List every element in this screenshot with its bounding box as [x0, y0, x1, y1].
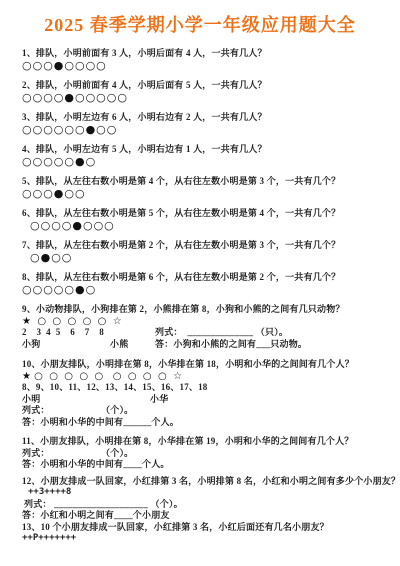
label-bear: 小熊 — [110, 339, 128, 351]
numbers-row: 2 3 4 5 6 7 8 列式： ______________ （只）。 — [22, 327, 386, 339]
question-10: 10、小朋友排队，小明排在第 8，小华排在第 18，小明和小华的之间间有几个人？… — [22, 359, 386, 428]
question-12: 12、小朋友排成一队回家，小红排第 3 名，小明排第 8 名，小红和小明之间有多… — [22, 476, 386, 522]
circle-diagram: ○○○○○○●○○ — [22, 124, 386, 136]
question-text: 9、小动物排队，小狗排在第 2，小熊排在第 8，小狗和小熊的之间有几只动物？ — [22, 304, 386, 316]
circle-diagram: ○●○○ — [30, 252, 386, 264]
star-circle-diagram: ★ ○ ○ ○ ○ ○ ☆ — [22, 316, 386, 328]
question-text: 1、排队，小明前面有 3 人，小明后面有 4 人，一共有几人？ — [22, 48, 386, 60]
question-text: 12、小朋友排成一队回家，小红排第 3 名，小明排第 8 名，小红和小明之间有多… — [22, 476, 386, 488]
question-2: 2、排队，小明前面有 4 人，小明后面有 5 人，一共有几人？ ○○○○●○○○… — [22, 80, 386, 103]
question-8: 8、排队，从左往右数小明是第 6 个，从右往左数小明是第 2 个，一共有几个？ … — [22, 272, 386, 295]
answer-blank: 答：小狗和小熊的之间有___只动物。 — [155, 339, 307, 351]
answer-blank: 答：小明和小华的中间有______个人。 — [22, 417, 386, 429]
circle-diagram: ○○○●○○ — [22, 188, 386, 200]
plus-diagram: ++3++++8 — [28, 487, 386, 499]
question-text: 3、排队，小明左边有 6 人，小明右边有 2 人，一共有几人？ — [22, 112, 386, 124]
labels-row: 小狗 小熊 答：小狗和小熊的之间有___只动物。 — [22, 339, 386, 351]
circle-diagram: ○○○○●○○○ — [30, 220, 386, 232]
question-text: 13、10 个小朋友排成一队回家，小红排第 3 名，小红后面还有几名小朋友？ — [22, 522, 386, 534]
label-xiaoming: 小明 — [22, 394, 40, 406]
circle-diagram: ○○○○○●○ — [22, 284, 386, 296]
circle-diagram: ○○○●○○○○ — [22, 60, 386, 72]
labels-row: 小明 小华 — [22, 394, 386, 406]
question-9: 9、小动物排队，小狗排在第 2，小熊排在第 8，小狗和小熊的之间有几只动物？ ★… — [22, 304, 386, 350]
label-xiaohua: 小华 — [150, 394, 168, 406]
question-6: 6、排队，从左往右数小明是第 5 个，从右往左数小明是第 4 个，一共有几个？ … — [22, 208, 386, 231]
question-text: 8、排队，从左往右数小明是第 6 个，从右往左数小明是第 2 个，一共有几个？ — [22, 272, 386, 284]
question-7: 7、排队，从左往右数小明是第 2 个，从右往左数小明是第 3 个，一共有几个？ … — [22, 240, 386, 263]
star-circle-diagram: ★ ○ ○ ○ ○ ○ ○ ○ ○ ○ ☆ — [22, 371, 386, 383]
plus-diagram: ++P+++++++ — [22, 533, 386, 545]
equation-blank: 列式： （个）。 — [22, 405, 386, 417]
answer-blank: 答：小明和小华的中间有____个人。 — [22, 459, 386, 471]
question-text: 6、排队，从左往右数小明是第 5 个，从右往左数小明是第 4 个，一共有几个？ — [22, 208, 386, 220]
question-text: 10、小朋友排队，小明排在第 8，小华排在第 18，小明和小华的之间间有几个人？ — [22, 359, 386, 371]
page-title: 2025 春季学期小学一年级应用题大全 — [0, 14, 400, 36]
question-11: 11、小朋友排队，小明排在第 8，小华排在第 19，小明和小华的之间间有几个人？… — [22, 436, 386, 471]
question-text: 4、排队，小明左边有 5 人，小明右边有 1 人，一共有几人？ — [22, 144, 386, 156]
question-4: 4、排队，小明左边有 5 人，小明右边有 1 人，一共有几人？ ○○○○○●○ — [22, 144, 386, 167]
question-text: 5、排队，从左往右数小明是第 4 个，从右往左数小明是第 3 个，一共有几个？ — [22, 176, 386, 188]
question-5: 5、排队，从左往右数小明是第 4 个，从右往左数小明是第 3 个，一共有几个？ … — [22, 176, 386, 199]
question-text: 2、排队，小明前面有 4 人，小明后面有 5 人，一共有几人？ — [22, 80, 386, 92]
equation-blank: 列式： ____________________ （个）。 — [24, 499, 386, 511]
answer-blank: 答：小红和小明之间有____个小朋友 — [22, 510, 386, 522]
position-numbers: 8、9、10、11、12、13、14、15、16、17、18 — [22, 382, 386, 394]
position-numbers: 2 3 4 5 6 7 8 — [22, 327, 104, 339]
question-1: 1、排队，小明前面有 3 人，小明后面有 4 人，一共有几人？ ○○○●○○○○ — [22, 48, 386, 71]
question-text: 7、排队，从左往右数小明是第 2 个，从右往左数小明是第 3 个，一共有几个？ — [22, 240, 386, 252]
equation-blank: 列式： ______________ （只）。 — [155, 327, 288, 339]
worksheet-page: 2025 春季学期小学一年级应用题大全 1、排队，小明前面有 3 人，小明后面有… — [0, 0, 400, 566]
circle-diagram: ○○○○○●○ — [22, 156, 386, 168]
question-13: 13、10 个小朋友排成一队回家，小红排第 3 名，小红后面还有几名小朋友？ +… — [22, 522, 386, 545]
label-dog: 小狗 — [22, 339, 40, 351]
equation-blank: 列式： （个）。 — [22, 448, 386, 460]
worksheet-content: 1、排队，小明前面有 3 人，小明后面有 4 人，一共有几人？ ○○○●○○○○… — [0, 48, 400, 545]
question-3: 3、排队，小明左边有 6 人，小明右边有 2 人，一共有几人？ ○○○○○○●○… — [22, 112, 386, 135]
circle-diagram: ○○○○●○○○○○ — [22, 92, 386, 104]
question-text: 11、小朋友排队，小明排在第 8，小华排在第 19，小明和小华的之间间有几个人？ — [22, 436, 386, 448]
